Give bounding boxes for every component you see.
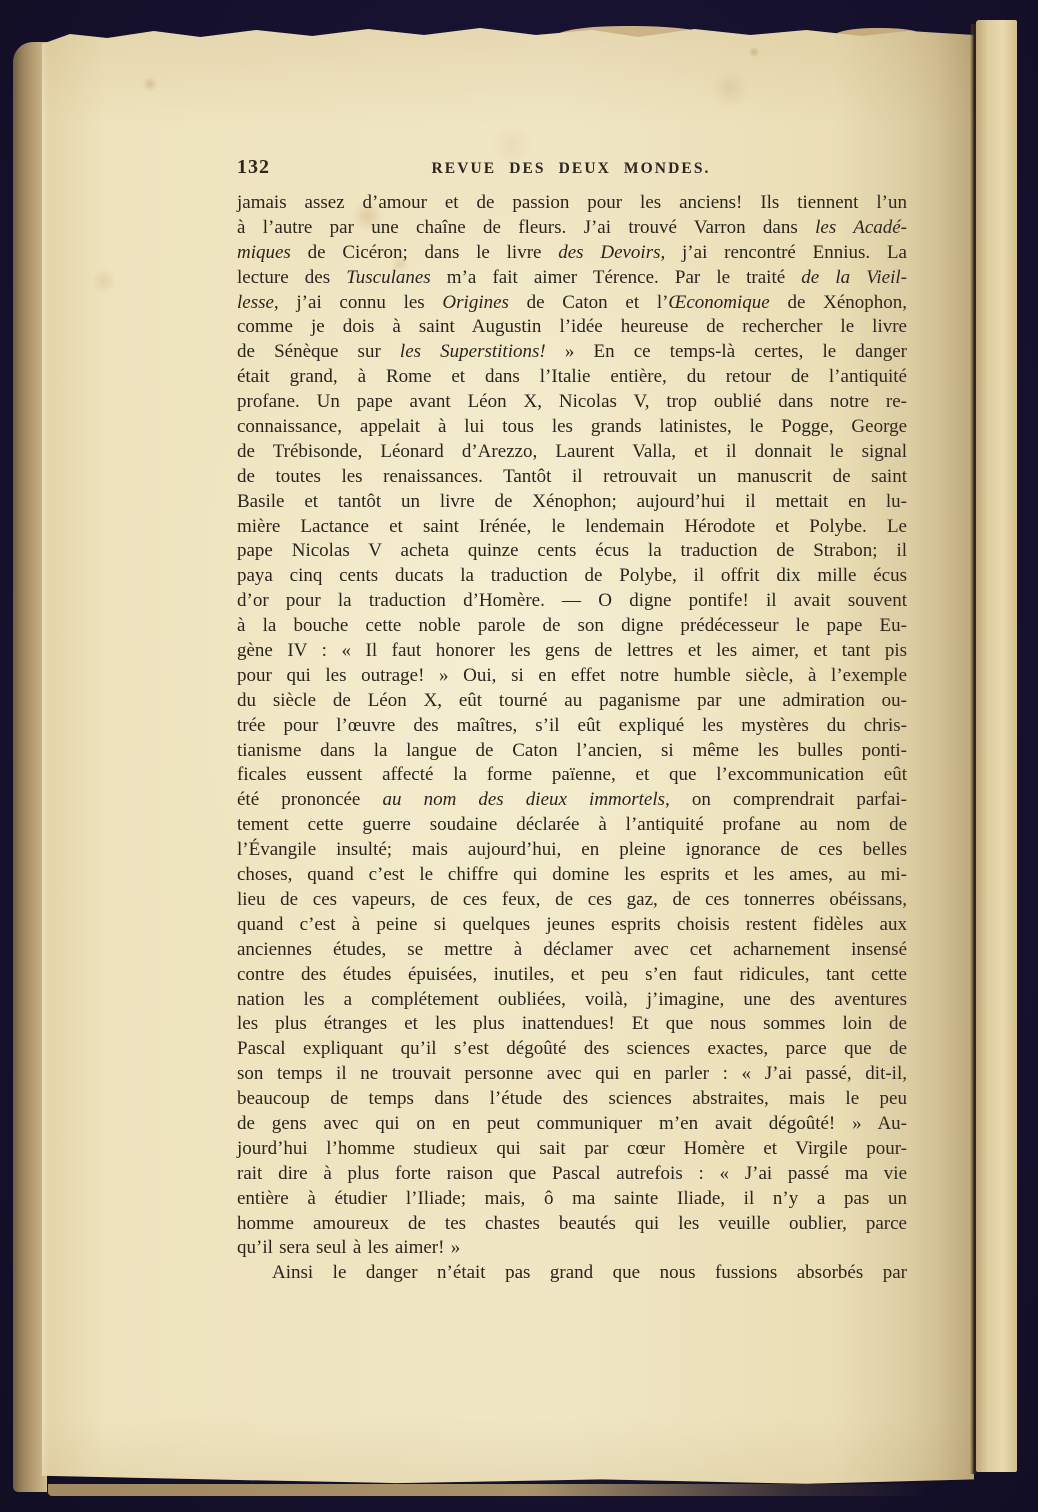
text-line: Basile et tantôt un livre de Xénophon; a… — [237, 490, 907, 515]
text-line: connaissance, appelait à lui tous les gr… — [237, 415, 907, 440]
text-line: tianisme dans la langue de Caton l’ancie… — [237, 739, 907, 764]
text-line: nation les a complétement oubliées, voil… — [237, 988, 907, 1013]
text-line: paya cinq cents ducats la traduction de … — [237, 564, 907, 589]
text-line: de Sénèque sur les Superstitions! » En c… — [237, 340, 907, 365]
text-line: de Trébisonde, Léonard d’Arezzo, Laurent… — [237, 440, 907, 465]
text-line: lecture des Tusculanes m’a fait aimer Té… — [237, 266, 907, 291]
text-line: lieu de ces vapeurs, de ces feux, de ces… — [237, 888, 907, 913]
text-line: anciennes études, se mettre à déclamer a… — [237, 938, 907, 963]
text-line: pour qui les outrage! » Oui, si en effet… — [237, 664, 907, 689]
text-line: du siècle de Léon X, eût tourné au pagan… — [237, 689, 907, 714]
text-line: d’or pour la traduction d’Homère. — O di… — [237, 589, 907, 614]
text-line: beaucoup de temps dans l’étude des scien… — [237, 1087, 907, 1112]
text-line: rait dire à plus forte raison que Pascal… — [237, 1162, 907, 1187]
text-line: mière Lactance et saint Irénée, le lende… — [237, 515, 907, 540]
text-line: lesse, j’ai connu les Origines de Caton … — [237, 291, 907, 316]
text-line: gène IV : « Il faut honorer les gens de … — [237, 639, 907, 664]
text-line: entière à étudier l’Iliade; mais, ô ma s… — [237, 1187, 907, 1212]
text-line: trée pour l’œuvre des maîtres, s’il eût … — [237, 714, 907, 739]
running-title: REVUE DES DEUX MONDES. — [237, 160, 905, 178]
body-text: jamais assez d’amour et de passion pour … — [237, 191, 907, 1286]
text-line: l’Évangile insulté; mais aujourd’hui, en… — [237, 838, 907, 863]
scanned-book-photo: 132 REVUE DES DEUX MONDES. jamais assez … — [0, 0, 1038, 1512]
text-line: son temps il ne trouvait personne avec q… — [237, 1062, 907, 1087]
text-line: choses, quand c’est le chiffre qui domin… — [237, 863, 907, 888]
text-line: était grand, à Rome et dans l’Italie ent… — [237, 365, 907, 390]
text-line: de toutes les renaissances. Tantôt il re… — [237, 465, 907, 490]
text-line: à l’autre par une chaîne de fleurs. J’ai… — [237, 216, 907, 241]
book-fore-edge-bottom — [48, 1484, 928, 1496]
text-line: tement cette guerre soudaine déclarée à … — [237, 813, 907, 838]
text-line: Pascal expliquant qu’il s’est dégoûté de… — [237, 1037, 907, 1062]
adjacent-page-edge — [976, 20, 1017, 1472]
text-line: jamais assez d’amour et de passion pour … — [237, 191, 907, 216]
text-line: homme amoureux de tes chastes beautés qu… — [237, 1212, 907, 1237]
text-line: profane. Un pape avant Léon X, Nicolas V… — [237, 390, 907, 415]
text-line: Ainsi le danger n’était pas grand que no… — [237, 1261, 907, 1286]
text-line: ficales eussent affecté la forme païenne… — [237, 763, 907, 788]
text-line: quand c’est à peine si quelques jeunes e… — [237, 913, 907, 938]
text-line: contre des études épuisées, inutiles, et… — [237, 963, 907, 988]
book-fore-edge-left — [13, 42, 47, 1492]
running-header: 132 REVUE DES DEUX MONDES. — [237, 156, 905, 182]
text-line: été prononcée au nom des dieux immortels… — [237, 788, 907, 813]
gutter-crease-line — [970, 24, 976, 1474]
text-line: comme je dois à saint Augustin l’idée he… — [237, 315, 907, 340]
text-line: qu’il sera seul à les aimer! » — [237, 1236, 907, 1261]
text-line: pape Nicolas V acheta quinze cents écus … — [237, 539, 907, 564]
book-page: 132 REVUE DES DEUX MONDES. jamais assez … — [42, 26, 974, 1486]
text-line: de gens avec qui on en peut communiquer … — [237, 1112, 907, 1137]
text-line: miques de Cicéron; dans le livre des Dev… — [237, 241, 907, 266]
text-line: à la bouche cette noble parole de son di… — [237, 614, 907, 639]
text-line: jourd’hui l’homme studieux qui sait par … — [237, 1137, 907, 1162]
text-line: les plus étranges et les plus inattendue… — [237, 1012, 907, 1037]
